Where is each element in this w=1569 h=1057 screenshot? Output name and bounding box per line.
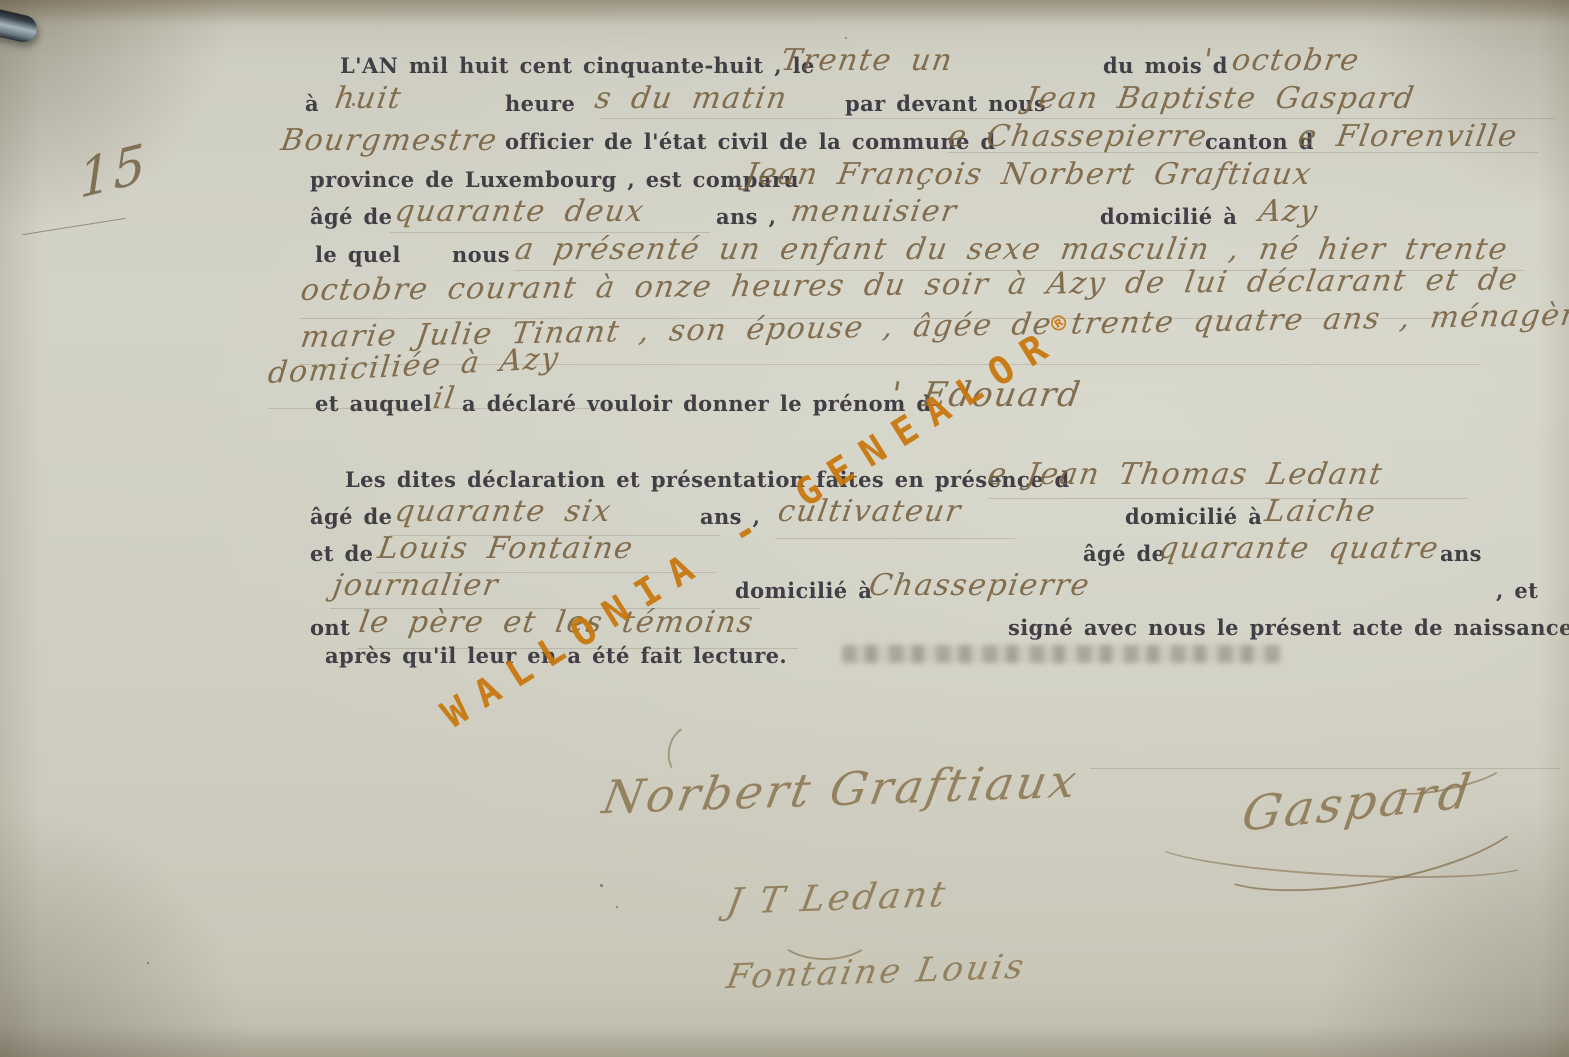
printed-et-de: et de <box>310 539 373 569</box>
entry-time-of-day: s du matin <box>592 79 791 119</box>
printed-signe-avec-nous: signé avec nous le présent acte de naiss… <box>1008 613 1569 643</box>
guide-line <box>600 118 1555 119</box>
printed-age-de: âgé de <box>310 202 392 232</box>
entry-month: ' octobre <box>1200 41 1363 81</box>
entry-officer-name: Jean Baptiste Gaspard <box>1022 79 1418 119</box>
paper-clip <box>0 8 39 45</box>
printed-officier-commune: officier de l'état civil de la commune d <box>505 127 996 157</box>
ink-bleedthrough <box>842 645 1282 663</box>
entry-declarant-domicile: Azy <box>1256 192 1322 232</box>
dust-speck <box>352 103 355 106</box>
entry-witness1-age: quarante six <box>392 492 615 532</box>
entry-day: Trente un <box>778 41 956 81</box>
printed-age-de: âgé de <box>1083 539 1165 569</box>
entry-officer-title: Bourgmestre <box>278 121 501 161</box>
entry-canton: e Florenville <box>1295 117 1521 157</box>
entry-il: il <box>430 379 459 419</box>
entry-commune: e Chassepierre <box>945 117 1211 157</box>
printed-declaration-presence: Les dites déclaration et présentation fa… <box>345 465 1070 495</box>
printed-nous: nous <box>452 240 510 270</box>
act-line: et auquel il a déclaré vouloir donner le… <box>0 389 1569 431</box>
printed-a: à <box>305 89 319 119</box>
guide-line <box>300 318 1450 319</box>
guide-line <box>775 538 1015 539</box>
entry-witness2-age: quarante quatre <box>1156 529 1442 569</box>
guide-line <box>515 270 1525 271</box>
entry-witness2-domicile: Chassepierre <box>866 566 1093 606</box>
act-line: province de Luxembourg , est comparu Jea… <box>0 165 1569 207</box>
printed-declare-prenom: a déclaré vouloir donner le prénom d <box>462 389 932 419</box>
printed-par-devant-nous: par devant nous <box>845 89 1046 119</box>
signature-fontaine-louis: Fontaine Louis <box>723 947 1029 997</box>
printed-et: , et <box>1496 576 1538 606</box>
printed-ans: ans , <box>716 202 776 232</box>
guide-line <box>390 535 720 536</box>
printed-age-de: âgé de <box>310 502 392 532</box>
guide-line <box>390 232 710 233</box>
printed-heure: heure <box>505 89 575 119</box>
dust-speck <box>616 906 618 908</box>
birth-act-scan: 15 L'AN mil huit cent cinquante-huit , l… <box>0 0 1569 1057</box>
guide-line <box>988 498 1468 499</box>
act-line: et de Louis Fontaine âgé de quarante qua… <box>0 539 1569 581</box>
printed-province-comparu: province de Luxembourg , est comparu <box>310 165 799 195</box>
printed-lequel: le quel <box>315 240 401 270</box>
printed-et-auquel: et auquel <box>315 389 432 419</box>
entry-witness1-name: e Jean Thomas Ledant <box>985 455 1386 495</box>
guide-line <box>268 408 658 409</box>
dust-speck <box>600 884 603 887</box>
guide-line <box>300 364 1480 365</box>
printed-preamble-year: L'AN mil huit cent cinquante-huit , le <box>340 51 815 81</box>
act-line: journalier domicilié à Chassepierre , et <box>0 576 1569 618</box>
guide-line <box>330 608 760 609</box>
entry-declarant-age: quarante deux <box>392 192 648 232</box>
printed-ont: ont <box>310 613 350 643</box>
printed-domicilie-a: domicilié à <box>1125 502 1262 532</box>
guide-line <box>948 152 1538 153</box>
dust-speck <box>147 962 149 964</box>
entry-declarant-name: Jean François Norbert Graftiaux <box>742 155 1315 195</box>
entry-declarant-profession: menuisier <box>788 192 960 232</box>
dust-speck <box>845 37 847 39</box>
printed-ans: ans <box>1440 539 1482 569</box>
printed-domicilie-a: domicilié à <box>1100 202 1237 232</box>
signature-jt-ledant: J T Ledant <box>724 874 951 923</box>
printed-domicilie-a: domicilié à <box>735 576 872 606</box>
entry-hour: huit <box>332 79 405 119</box>
